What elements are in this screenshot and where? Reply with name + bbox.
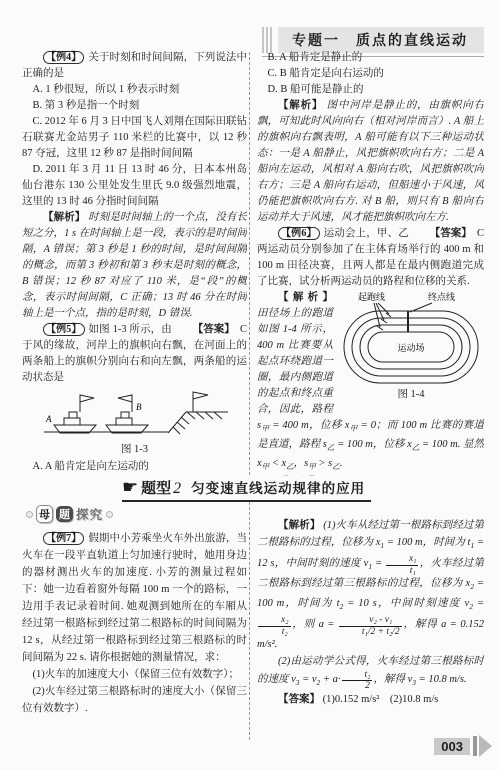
answer-label: 【答案】 — [278, 694, 320, 705]
page-number: 003 — [434, 738, 470, 755]
column-divider — [249, 52, 250, 740]
analysis-text: (2)由运动学公式得，火车经过第三根路标时的速度 v3 = v2 + a·t₂2… — [257, 656, 484, 685]
example4-option-a: A. 1 秒很短，所以 1 秒表示时刻 — [22, 82, 247, 98]
question-text: (1)火车的加速度大小（保留三位有效数字）； — [33, 669, 240, 680]
page-footer: 003 — [434, 735, 492, 757]
topic2-header: ☛ 题型 2 匀变速直线运动规律的应用 — [122, 477, 371, 502]
example7-question2: (2)火车经过第三根路标时的速度大小（保留三位有效数字）. — [22, 683, 247, 717]
option-text: B. 第 3 秒是指一个时刻 — [33, 100, 140, 111]
option-text: D. 2011 年 3 月 11 日 13 时 46 分，日本本州岛仙台港东 1… — [22, 164, 247, 207]
answer-label: 【答案】 — [193, 324, 230, 335]
example5-analysis: 【解析】 图中河岸是静止的，由旗帜向右飘，可知此时风向向右（相对河岸而言）. A… — [257, 98, 484, 226]
topic2-number: 2 — [173, 480, 181, 498]
topic2-title: 匀变速直线运动规律的应用 — [191, 477, 365, 497]
example5-tag: 【例5】 — [43, 323, 85, 336]
figure-1-4: 起跑线 终点线 运动场 图 1-4 — [338, 291, 484, 403]
example7-question1: (1)火车的加速度大小（保留三位有效数字）； — [22, 666, 247, 683]
option-text: D. B 船可能是静止的 — [268, 84, 364, 95]
right-column-bottom: 【解析】 (1)火车从经过第一根路标到经过第二根路标的过程，位移为 x1 = 1… — [257, 518, 484, 744]
analysis-text: (1)火车从经过第一根路标到经过第二根路标的过程，位移为 x1 = 100 m，… — [257, 520, 484, 650]
textbook-page: 专题一 质点的直线运动 【例4】关于时刻和时间间隔，下列说法中正确的是 A. 1… — [0, 0, 500, 770]
answer-value: C — [240, 324, 247, 335]
start-line-label: 起跑线 — [358, 291, 385, 302]
option-text: C. B 船肯定是向右运动的 — [268, 68, 384, 79]
example4-option-c: C. 2012 年 6 月 3 日中国飞人刘翔在国际田联钻石联赛尤金站男子 11… — [22, 114, 247, 162]
boat-b-label: B — [136, 402, 142, 412]
analysis-label: 【解析】 — [278, 292, 333, 303]
example5-option-d: D. B 船可能是静止的 — [257, 82, 484, 98]
badge-char-2: 题 — [56, 506, 73, 522]
finish-line-label: 终点线 — [428, 291, 455, 302]
badge-char-1: 母 — [36, 505, 53, 523]
right-column-top: B. A 船肯定是静止的 C. B 船肯定是向右运动的 D. B 船可能是静止的… — [257, 50, 484, 476]
badge-dot-icon — [106, 511, 113, 518]
option-text: C. 2012 年 6 月 3 日中国飞人刘翔在国际田联钻石联赛尤金站男子 11… — [22, 116, 247, 159]
figure-1-4-caption: 图 1-4 — [397, 389, 424, 400]
page-arrow-icon — [479, 735, 492, 757]
badge-rest: 探究 — [76, 505, 103, 523]
track-figure: 起跑线 终点线 运动场 — [340, 291, 482, 387]
answer-label: 【答案】 — [430, 228, 467, 239]
page-number-bar-icon — [473, 736, 477, 756]
example7-answer: 【答案】 (1)0.152 m/s² (2)10.8 m/s — [257, 692, 484, 709]
answer-value: (1)0.152 m/s² (2)10.8 m/s — [323, 694, 439, 705]
answer-value: C — [477, 228, 484, 239]
analysis-text: 图中河岸是静止的，由旗帜向右飘，可知此时风向向右（相对河岸而言）. A 船上的旗… — [257, 100, 484, 223]
example4-analysis: 【解析】 时刻是时间轴上的一个点，没有长短之分，1 s 在时间轴上是一段，表示的… — [22, 210, 247, 322]
option-text: A. 1 秒很短，所以 1 秒表示时刻 — [33, 84, 180, 95]
example7-analysis-2: (2)由运动学公式得，火车经过第三根路标时的速度 v3 = v2 + a·t₂2… — [257, 654, 484, 692]
example5-option-c: C. B 船肯定是向右运动的 — [257, 66, 484, 82]
example4-tag: 【例4】 — [43, 51, 84, 64]
option-text: B. A 船肯定是静止的 — [268, 52, 363, 63]
question-text: (2)火车经过第三根路标时的速度大小（保留三位有效数字）. — [22, 686, 247, 714]
example5-option-b: B. A 船肯定是静止的 — [257, 50, 484, 66]
example4-option-b: B. 第 3 秒是指一个时刻 — [22, 98, 247, 114]
left-column-top: 【例4】关于时刻和时间间隔，下列说法中正确的是 A. 1 秒很短，所以 1 秒表… — [22, 50, 247, 476]
analysis-text: 时刻是时间轴上的一个点，没有长短之分，1 s 在时间轴上是一段，表示的是时间间隔… — [22, 212, 247, 319]
example5-option-a: A. A 船肯定是向左运动的 — [22, 459, 247, 475]
example7-analysis-1: 【解析】 (1)火车从经过第一根路标到经过第二根路标的过程，位移为 x1 = 1… — [257, 518, 484, 654]
analysis-label: 【解析】 — [278, 520, 320, 531]
badge-dot-icon — [26, 511, 33, 518]
pointing-hand-icon: ☛ — [122, 479, 138, 497]
figure-1-3: A B 图 1-3 — [22, 388, 247, 457]
example6-tag: 【例6】 — [278, 227, 320, 240]
example4-stem: 【例4】关于时刻和时间间隔，下列说法中正确的是 — [22, 50, 247, 82]
boats-figure: A B — [40, 388, 230, 442]
mother-topic-badge: 母 题 探究 — [26, 505, 247, 523]
field-label: 运动场 — [397, 342, 424, 353]
example6-analysis: 起跑线 终点线 运动场 图 1-4 【解析】 田径场上的跑道如图 1-4 所示，… — [257, 290, 484, 475]
example7-stem: 【例7】假期中小芳乘坐火车外出旅游，当火车在一段平直轨道上匀加速行驶时，她用身边… — [22, 530, 247, 666]
analysis-label: 【解析】 — [278, 100, 323, 111]
boat-a-label: A — [45, 414, 52, 424]
analysis-label: 【解析】 — [43, 212, 85, 223]
example7-stem-text: 假期中小芳乘坐火车外出旅游，当火车在一段平直轨道上匀加速行驶时，她用身边的器材测… — [22, 533, 247, 663]
figure-1-3-caption: 图 1-3 — [22, 442, 247, 457]
example7-tag: 【例7】 — [43, 532, 84, 545]
left-column-bottom: 母 题 探究 【例7】假期中小芳乘坐火车外出旅游，当火车在一段平直轨道上匀加速行… — [22, 504, 247, 750]
example4-option-d: D. 2011 年 3 月 11 日 13 时 46 分，日本本州岛仙台港东 1… — [22, 162, 247, 210]
example6-answer: 【答案】 路程 s甲 > s乙；位移 x甲 < x乙 — [257, 475, 484, 476]
option-text: A. A 船肯定是向左运动的 — [33, 461, 149, 472]
topic2-label: 题型 — [141, 477, 171, 498]
